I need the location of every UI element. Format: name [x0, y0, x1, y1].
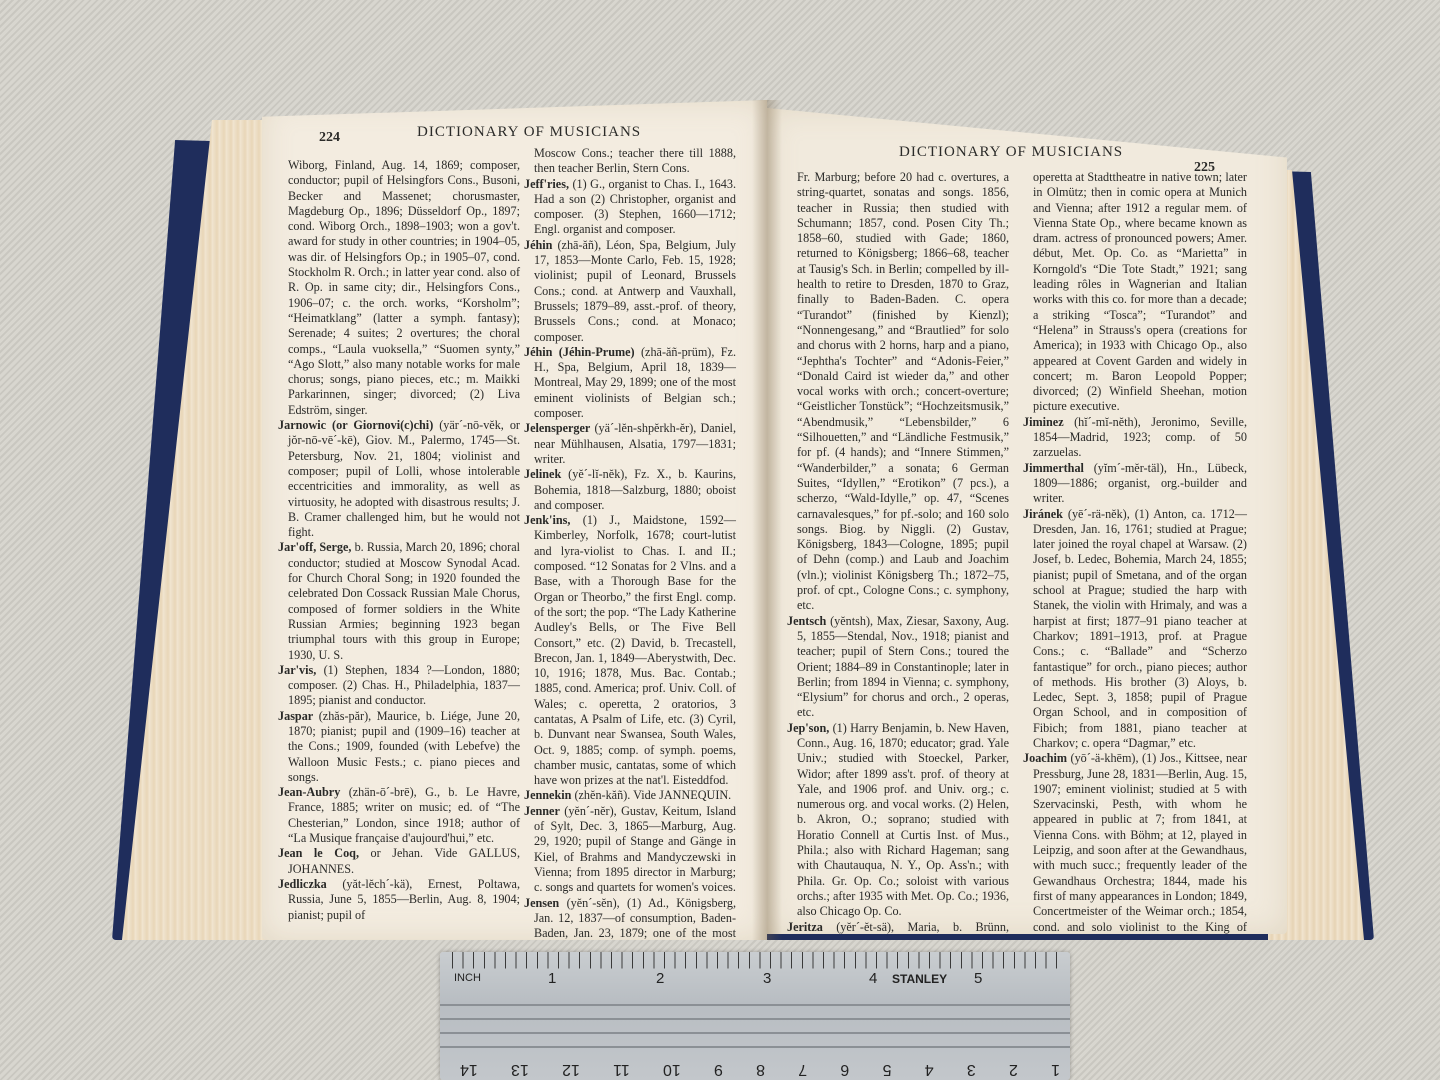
entry-text: (yĕ´-lĭ-nĕk), Fz. X., b. Kaurins, Bohemi…	[534, 467, 736, 512]
dictionary-entry: Jarnowic (or Giornovi(c)chi) (yär´-nō-vĕ…	[278, 418, 520, 540]
left-page: 224 DICTIONARY OF MUSICIANS Wiborg, Finl…	[262, 100, 767, 940]
entry-text: (zhā-ăñ), Léon, Spa, Belgium, July 17, 1…	[534, 238, 736, 344]
ruler-inch-ticks	[452, 952, 1058, 982]
entry-headword: Jep'son,	[787, 721, 829, 735]
ruler-cm-mark: 14	[460, 1060, 478, 1078]
entry-headword: Jéhin	[524, 238, 552, 252]
entry-headword: Jiminez	[1023, 415, 1064, 429]
entry-headword: Jaspar	[278, 709, 313, 723]
ruler-mark-4: 4	[869, 970, 877, 987]
ruler-mark-3: 3	[763, 970, 771, 987]
ruler-groove	[440, 1018, 1070, 1020]
entry-headword: Jean-Aubry	[278, 785, 340, 799]
ruler-groove	[440, 1032, 1070, 1034]
entry-headword: Joachim	[1023, 751, 1067, 765]
entry-text: (zhăs-păr), Maurice, b. Liége, June 20, …	[288, 709, 520, 784]
ruler-cm-mark: 7	[798, 1060, 807, 1078]
entry-text: (hĭ´-mĭ-nĕth), Jeronimo, Seville, 1854—M…	[1033, 415, 1247, 460]
ruler-mark-2: 2	[656, 970, 664, 987]
dictionary-entry: operetta at Stadttheatre in native town;…	[1023, 170, 1247, 415]
entry-headword: Jedliczka	[278, 877, 327, 891]
ruler-cm-mark: 6	[840, 1060, 849, 1078]
dictionary-entry: Jennekin (zhĕn-kăñ). Vide JANNEQUIN.	[524, 788, 736, 803]
ruler: INCH 1 2 3 4 STANLEY 5 12345678910111213…	[440, 952, 1070, 1080]
entry-headword: Jar'off, Serge,	[278, 540, 351, 554]
entry-text: (yō´-ä-khēm), (1) Jos., Kittsee, near Pr…	[1033, 751, 1247, 979]
dictionary-entry: Jean-Aubry (zhän-ō´-brē), G., b. Le Havr…	[278, 785, 520, 846]
dictionary-entry: Jean le Coq, or Jehan. Vide GALLUS, JOHA…	[278, 846, 520, 877]
entry-headword: Jimmerthal	[1023, 461, 1084, 475]
dictionary-entry: Jaspar (zhăs-păr), Maurice, b. Liége, Ju…	[278, 709, 520, 785]
dictionary-entry: Jiránek (yē´-rä-nĕk), (1) Anton, ca. 171…	[1023, 507, 1247, 752]
ruler-cm-mark: 4	[925, 1060, 934, 1078]
dictionary-entry: Jenner (yĕn´-nĕr), Gustav, Keitum, Islan…	[524, 804, 736, 896]
right-page-column-2: operetta at Stadttheatre in native town;…	[1023, 170, 1247, 981]
entry-text: (yär´-nō-vĕk, or jŏr-nō-vē´-kē), Giov. M…	[288, 418, 520, 539]
dictionary-entry: Jiminez (hĭ´-mĭ-nĕth), Jeronimo, Seville…	[1023, 415, 1247, 461]
dictionary-entry: Jep'son, (1) Harry Benjamin, b. New Have…	[787, 721, 1009, 920]
dictionary-entry: Jeff'ries, (1) G., organist to Chas. I.,…	[524, 177, 736, 238]
left-running-head: DICTIONARY OF MUSICIANS	[417, 124, 641, 141]
dictionary-entry: Jéhin (Jéhin-Prume) (zhā-ăñ-prüm), Fz. H…	[524, 345, 736, 421]
ruler-groove	[440, 1004, 1070, 1006]
entry-headword: Jeff'ries,	[524, 177, 569, 191]
ruler-cm-scale: 1234567891011121314	[460, 1060, 1060, 1078]
ruler-brand: STANLEY	[892, 972, 947, 986]
ruler-cm-mark: 8	[756, 1060, 765, 1078]
dictionary-entry: Jar'off, Serge, b. Russia, March 20, 189…	[278, 540, 520, 662]
ruler-mark-5: 5	[974, 970, 982, 987]
ruler-cm-mark: 11	[613, 1060, 630, 1078]
entry-headword: Jenner	[524, 804, 560, 818]
entry-headword: Jiránek	[1023, 507, 1063, 521]
entry-text: (yĕntsh), Max, Ziesar, Saxony, Aug. 5, 1…	[797, 614, 1009, 720]
right-page-column-1: Fr. Marburg; before 20 had c. overtures,…	[787, 170, 1009, 981]
dictionary-entry: Wiborg, Finland, Aug. 14, 1869; composer…	[278, 158, 520, 418]
entry-headword: Jeritza	[787, 920, 823, 934]
dictionary-entry: Joachim (yō´-ä-khēm), (1) Jos., Kittsee,…	[1023, 751, 1247, 980]
entry-text: Fr. Marburg; before 20 had c. overtures,…	[797, 170, 1009, 612]
ruler-groove	[440, 1046, 1070, 1048]
entry-headword: Jentsch	[787, 614, 826, 628]
dictionary-entry: Moscow Cons.; teacher there till 1888, t…	[524, 146, 736, 177]
ruler-cm-mark: 2	[1009, 1060, 1018, 1078]
dictionary-entry: Jimmerthal (yĭm´-mĕr-täl), Hn., Lübeck, …	[1023, 461, 1247, 507]
dictionary-entry: Jar'vis, (1) Stephen, 1834 ?—London, 188…	[278, 663, 520, 709]
ruler-cm-mark: 10	[663, 1060, 681, 1078]
entry-headword: Jarnowic (or Giornovi(c)chi)	[278, 418, 433, 432]
ruler-cm-mark: 9	[714, 1060, 723, 1078]
entry-text: (zhĕn-kăñ). Vide JANNEQUIN.	[571, 788, 731, 802]
entry-text: b. Russia, March 20, 1896; choral conduc…	[288, 540, 520, 661]
dictionary-entry: Jéhin (zhā-ăñ), Léon, Spa, Belgium, July…	[524, 238, 736, 345]
dictionary-entry: Jentsch (yĕntsh), Max, Ziesar, Saxony, A…	[787, 614, 1009, 721]
dictionary-entry: Fr. Marburg; before 20 had c. overtures,…	[787, 170, 1009, 614]
entry-headword: Jennekin	[524, 788, 571, 802]
entry-headword: Jéhin (Jéhin-Prume)	[524, 345, 635, 359]
ruler-cm-mark: 5	[883, 1060, 892, 1078]
left-page-column-1: Wiborg, Finland, Aug. 14, 1869; composer…	[278, 158, 520, 923]
entry-headword: Jelensperger	[524, 421, 590, 435]
entry-text: Moscow Cons.; teacher there till 1888, t…	[534, 146, 736, 175]
entry-headword: Jensen	[524, 896, 559, 910]
entry-headword: Jelinek	[524, 467, 561, 481]
ruler-cm-mark: 1	[1051, 1060, 1060, 1078]
ruler-inch-label: INCH	[454, 972, 481, 984]
dictionary-entry: Jelinek (yĕ´-lĭ-nĕk), Fz. X., b. Kaurins…	[524, 467, 736, 513]
ruler-mark-1: 1	[548, 970, 556, 987]
left-page-column-2: Moscow Cons.; teacher there till 1888, t…	[524, 146, 736, 1018]
book-gutter	[752, 100, 782, 940]
dictionary-entry: Jelensperger (yä´-lĕn-shpĕrkh-ĕr), Danie…	[524, 421, 736, 467]
ruler-cm-mark: 12	[562, 1060, 580, 1078]
entry-headword: Jean le Coq,	[278, 846, 359, 860]
dictionary-entry: Jedliczka (yăt-lĕch´-kä), Ernest, Poltaw…	[278, 877, 520, 923]
entry-headword: Jar'vis,	[278, 663, 316, 677]
entry-text: (1) Harry Benjamin, b. New Haven, Conn.,…	[797, 721, 1009, 919]
entry-headword: Jenk'ins,	[524, 513, 570, 527]
ruler-cm-mark: 13	[511, 1060, 529, 1078]
entry-text: (1) J., Maidstone, 1592—Kimberley, Norfo…	[534, 513, 736, 787]
left-page-number: 224	[319, 130, 340, 146]
right-running-head: DICTIONARY OF MUSICIANS	[899, 144, 1123, 161]
dictionary-entry: Jenk'ins, (1) J., Maidstone, 1592—Kimber…	[524, 513, 736, 788]
ruler-cm-mark: 3	[967, 1060, 976, 1078]
right-page: DICTIONARY OF MUSICIANS 225 Fr. Marburg;…	[767, 108, 1287, 934]
entry-text: operetta at Stadttheatre in native town;…	[1033, 170, 1247, 413]
entry-text: (yē´-rä-nĕk), (1) Anton, ca. 1712—Dresde…	[1033, 507, 1247, 750]
entry-text: Wiborg, Finland, Aug. 14, 1869; composer…	[288, 158, 520, 417]
entry-text: (1) Stephen, 1834 ?—London, 1880; compos…	[288, 663, 520, 708]
entry-text: (yĕn´-nĕr), Gustav, Keitum, Island of Sy…	[534, 804, 736, 894]
